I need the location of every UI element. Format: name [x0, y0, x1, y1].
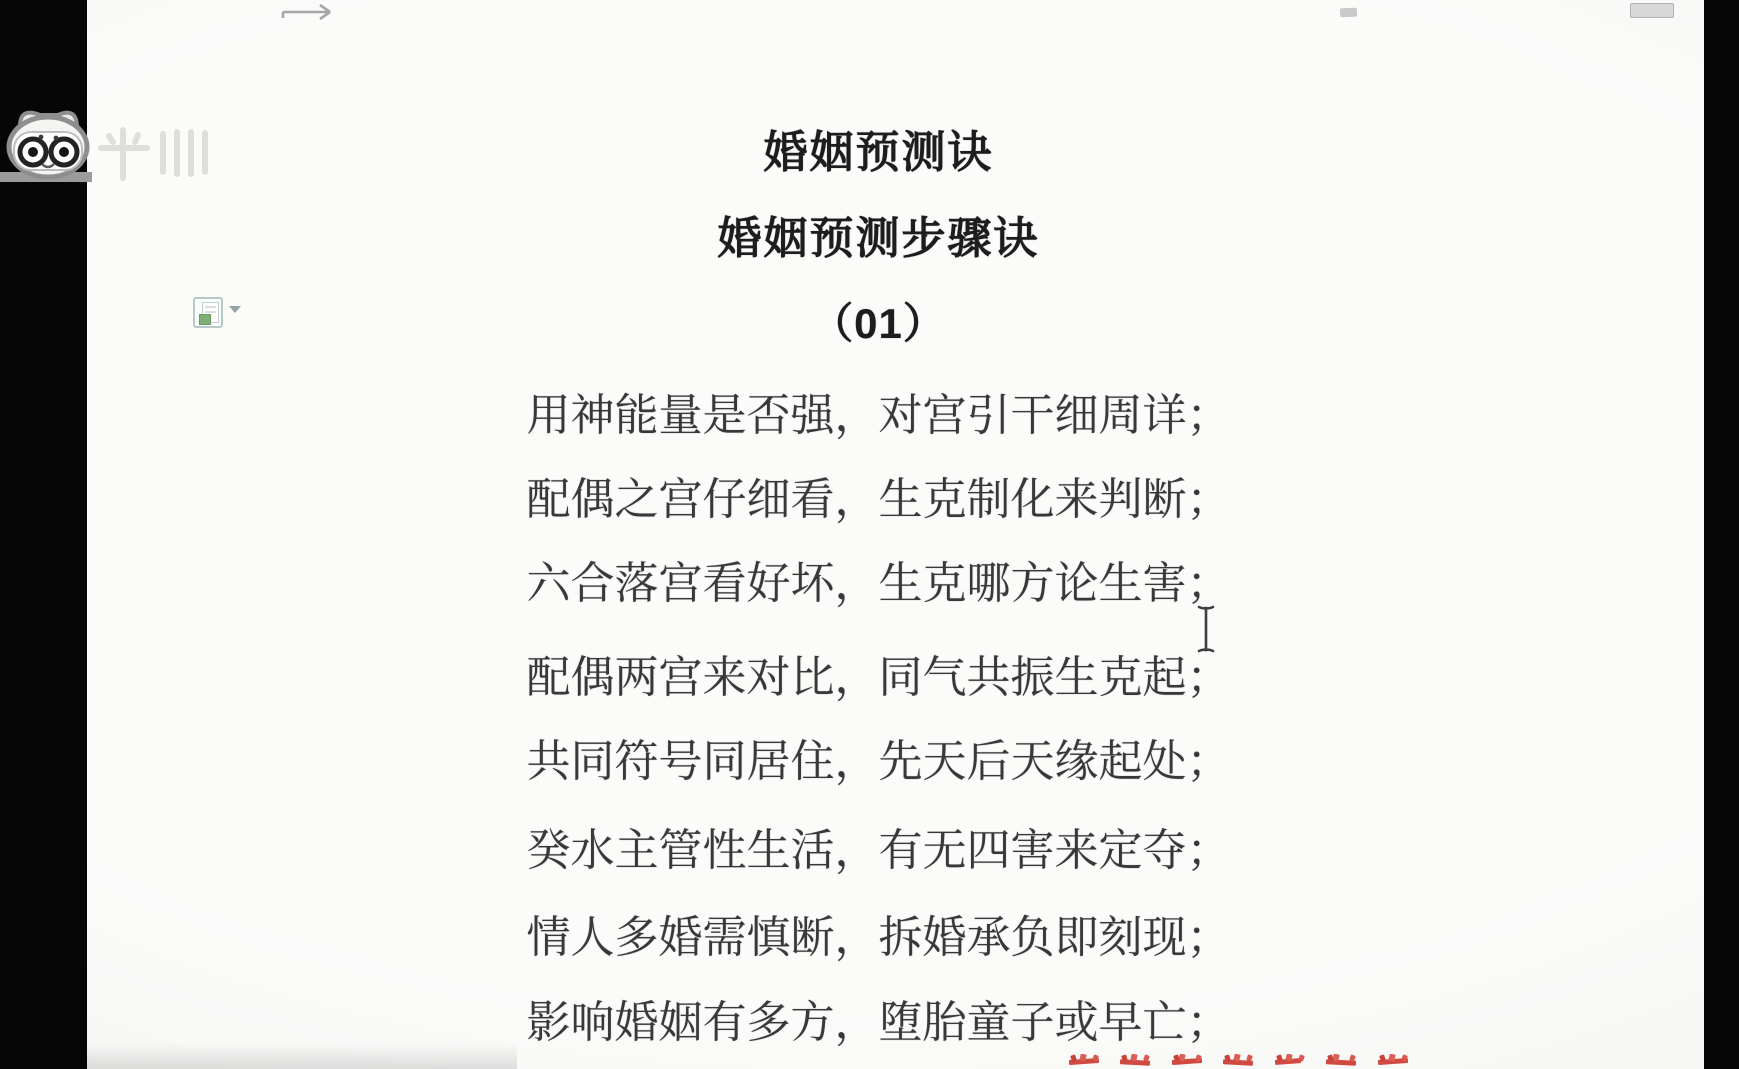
red-glyph-top: [1067, 1054, 1103, 1069]
verse-line: 情人多婚需慎断，拆婚承负即刻现；: [87, 901, 1670, 965]
red-glyph-top: [1170, 1054, 1206, 1069]
verse-line: 用神能量是否强，对宫引干细周详；: [87, 379, 1670, 443]
doc-subtitle: 婚姻预测步骤诀: [87, 202, 1670, 266]
document-text: 婚姻预测诀 婚姻预测步骤诀 （01） 用神能量是否强，对宫引干细周详； 配偶之宫…: [87, 0, 1670, 1069]
video-frame: { "doc": { "title": "婚姻预测诀", "subtitle":…: [0, 0, 1739, 1069]
red-glyph-top: [1221, 1054, 1257, 1069]
cat-right-pupil: [59, 147, 69, 157]
verse-line: 六合落宫看好坏，生克哪方论生害；: [87, 547, 1670, 611]
verse-line: 配偶两宫来对比，同气共振生克起；: [87, 641, 1670, 705]
cat-brow-dot-right: [54, 136, 59, 141]
verse-line: 配偶之宫仔细看，生克制化来判断；: [87, 463, 1670, 527]
text-cursor-ibeam-icon: [1196, 604, 1216, 654]
red-text-fragment: [1067, 1054, 1427, 1069]
cat-brow-dot-left: [39, 135, 44, 140]
verse-line: 癸水主管性生活，有无四害来定夺；: [87, 814, 1670, 878]
red-glyph-top: [1273, 1054, 1309, 1069]
verse-line: 影响婚姻有多方，堕胎童子或早亡；: [87, 986, 1670, 1050]
verse-line: 共同符号同居住，先天后天缘起处；: [87, 725, 1670, 789]
red-glyph-top: [1118, 1054, 1154, 1069]
cat-mascot-logo: [0, 106, 96, 186]
doc-title: 婚姻预测诀: [87, 116, 1670, 180]
red-glyph-top: [1324, 1054, 1360, 1069]
red-glyph-top: [1376, 1054, 1412, 1069]
section-number: （01）: [87, 291, 1670, 351]
cat-left-pupil: [28, 147, 38, 157]
